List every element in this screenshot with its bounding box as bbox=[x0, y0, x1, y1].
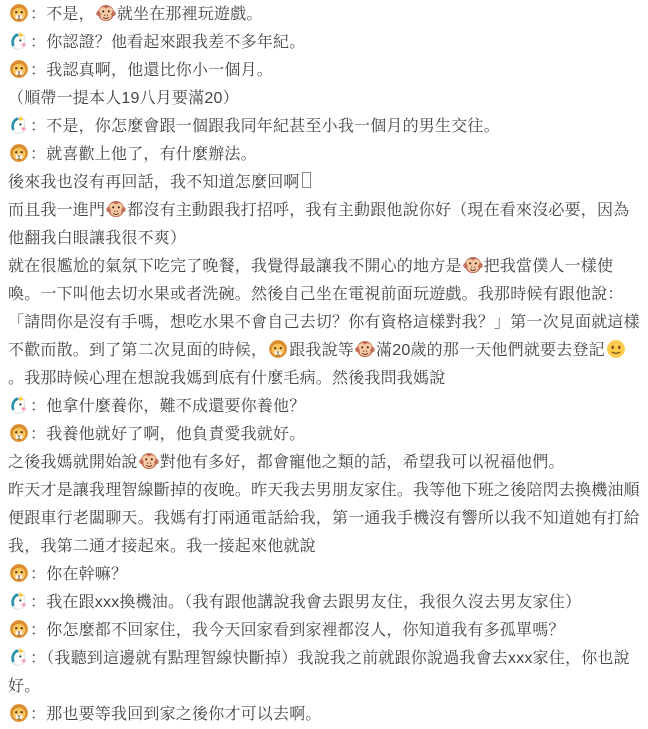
unicorn-face-icon bbox=[9, 395, 29, 415]
unicorn-face-icon bbox=[9, 591, 29, 611]
text-run: ：我在跟xxx換機油。（我有跟他講說我會去跟男友住，我很久沒去男友家住） bbox=[30, 594, 581, 611]
text-run: ：不是，你怎麼會跟一個跟我同年紀甚至小我一個月的男生交往。 bbox=[30, 118, 500, 135]
post-paragraph: 昨天才是讓我理智線斷掉的夜晚。昨天我去男朋友家住。我等他下班之後陪閃去換機油順便… bbox=[8, 477, 640, 561]
text-run: ：我認真啊，他還比你小一個月。 bbox=[30, 62, 273, 79]
lion-face-icon bbox=[9, 703, 29, 723]
lion-face-icon bbox=[9, 563, 29, 583]
post-paragraph: （順帶一提本人19八月要滿20） bbox=[8, 85, 640, 113]
text-run: ：不是， bbox=[30, 6, 95, 23]
text-run: 就坐在那裡玩遊戲。 bbox=[117, 6, 263, 23]
lion-face-icon bbox=[9, 423, 29, 443]
text-run: ：（我聽到這邊就有點理智線快斷掉）我說我之前就跟你說過我會去xxx家住，你也說好… bbox=[8, 650, 630, 695]
post-paragraph: 就在很尷尬的氣氛下吃完了晚餐，我覺得最讓我不開心的地方是把我當僕人一樣使喚。一下… bbox=[8, 253, 640, 393]
unicorn-face-icon bbox=[9, 31, 29, 51]
text-run: 對他有多好，都會寵他之類的話，希望我可以祝福他們。 bbox=[160, 454, 565, 471]
monkey-face-icon bbox=[463, 255, 483, 275]
post-paragraph: ：就喜歡上他了，有什麼辦法。 bbox=[8, 141, 640, 169]
lion-face-icon bbox=[268, 339, 288, 359]
text-run: 而且我一進門 bbox=[8, 202, 105, 219]
monkey-face-icon bbox=[355, 339, 375, 359]
post-paragraph: ：那也要等我回到家之後你才可以去啊。 bbox=[8, 701, 640, 729]
post-paragraph: ：你在幹嘛？ bbox=[8, 561, 640, 589]
post-paragraph: 而且我一進門都沒有主動跟我打招呼，我有主動跟他說你好（現在看來沒必要，因為他翻我… bbox=[8, 197, 640, 253]
unicorn-face-icon bbox=[9, 647, 29, 667]
text-run: ：你在幹嘛？ bbox=[30, 566, 127, 583]
text-run: 滿20歲的那一天他們就要去登記 bbox=[376, 342, 605, 359]
monkey-face-icon bbox=[139, 451, 159, 471]
missing-glyph-icon bbox=[302, 172, 311, 188]
post-body: ：不是，就坐在那裡玩遊戲。：你認證？他看起來跟我差不多年紀。：我認真啊，他還比你… bbox=[0, 0, 648, 729]
unicorn-face-icon bbox=[9, 115, 29, 135]
monkey-face-icon bbox=[96, 3, 116, 23]
text-run: 就在很尷尬的氣氛下吃完了晚餐，我覺得最讓我不開心的地方是 bbox=[8, 258, 462, 275]
post-paragraph: ：你怎麼都不回家住，我今天回家看到家裡都沒人，你知道我有多孤單嗎？ bbox=[8, 617, 640, 645]
lion-face-icon bbox=[9, 3, 29, 23]
text-run: ：他拿什麼養你，難不成還要你養他？ bbox=[30, 398, 305, 415]
post-paragraph: ：不是，你怎麼會跟一個跟我同年紀甚至小我一個月的男生交往。 bbox=[8, 113, 640, 141]
post-paragraph: ：我認真啊，他還比你小一個月。 bbox=[8, 57, 640, 85]
text-run: 跟我說等 bbox=[289, 342, 354, 359]
text-run: ：就喜歡上他了，有什麼辦法。 bbox=[30, 146, 257, 163]
text-run: 昨天才是讓我理智線斷掉的夜晚。昨天我去男朋友家住。我等他下班之後陪閃去換機油順便… bbox=[8, 482, 640, 555]
text-run: ：你認證？他看起來跟我差不多年紀。 bbox=[30, 34, 305, 51]
text-run: ：我養他就好了啊，他負責愛我就好。 bbox=[30, 426, 305, 443]
text-run: 。我那時候心理在想說我媽到底有什麼毛病。然後我問我媽說 bbox=[8, 370, 445, 387]
text-run: 之後我媽就開始說 bbox=[8, 454, 138, 471]
text-run: （順帶一提本人19八月要滿20） bbox=[8, 90, 239, 107]
text-run: 後來我也沒有再回話，我不知道怎麼回啊 bbox=[8, 174, 300, 191]
post-paragraph: ：我在跟xxx換機油。（我有跟他講說我會去跟男友住，我很久沒去男友家住） bbox=[8, 589, 640, 617]
post-paragraph: ：不是，就坐在那裡玩遊戲。 bbox=[8, 1, 640, 29]
lion-face-icon bbox=[9, 619, 29, 639]
smiling-face-icon bbox=[606, 339, 626, 359]
post-paragraph: ：（我聽到這邊就有點理智線快斷掉）我說我之前就跟你說過我會去xxx家住，你也說好… bbox=[8, 645, 640, 701]
text-run: ：那也要等我回到家之後你才可以去啊。 bbox=[30, 706, 322, 723]
post-paragraph: ：我養他就好了啊，他負責愛我就好。 bbox=[8, 421, 640, 449]
lion-face-icon bbox=[9, 143, 29, 163]
post-paragraph: 後來我也沒有再回話，我不知道怎麼回啊 bbox=[8, 169, 640, 197]
monkey-face-icon bbox=[106, 199, 126, 219]
post-paragraph: 之後我媽就開始說對他有多好，都會寵他之類的話，希望我可以祝福他們。 bbox=[8, 449, 640, 477]
post-paragraph: ：你認證？他看起來跟我差不多年紀。 bbox=[8, 29, 640, 57]
post-paragraph: ：他拿什麼養你，難不成還要你養他？ bbox=[8, 393, 640, 421]
text-run: ：你怎麼都不回家住，我今天回家看到家裡都沒人，你知道我有多孤單嗎？ bbox=[30, 622, 565, 639]
lion-face-icon bbox=[9, 59, 29, 79]
